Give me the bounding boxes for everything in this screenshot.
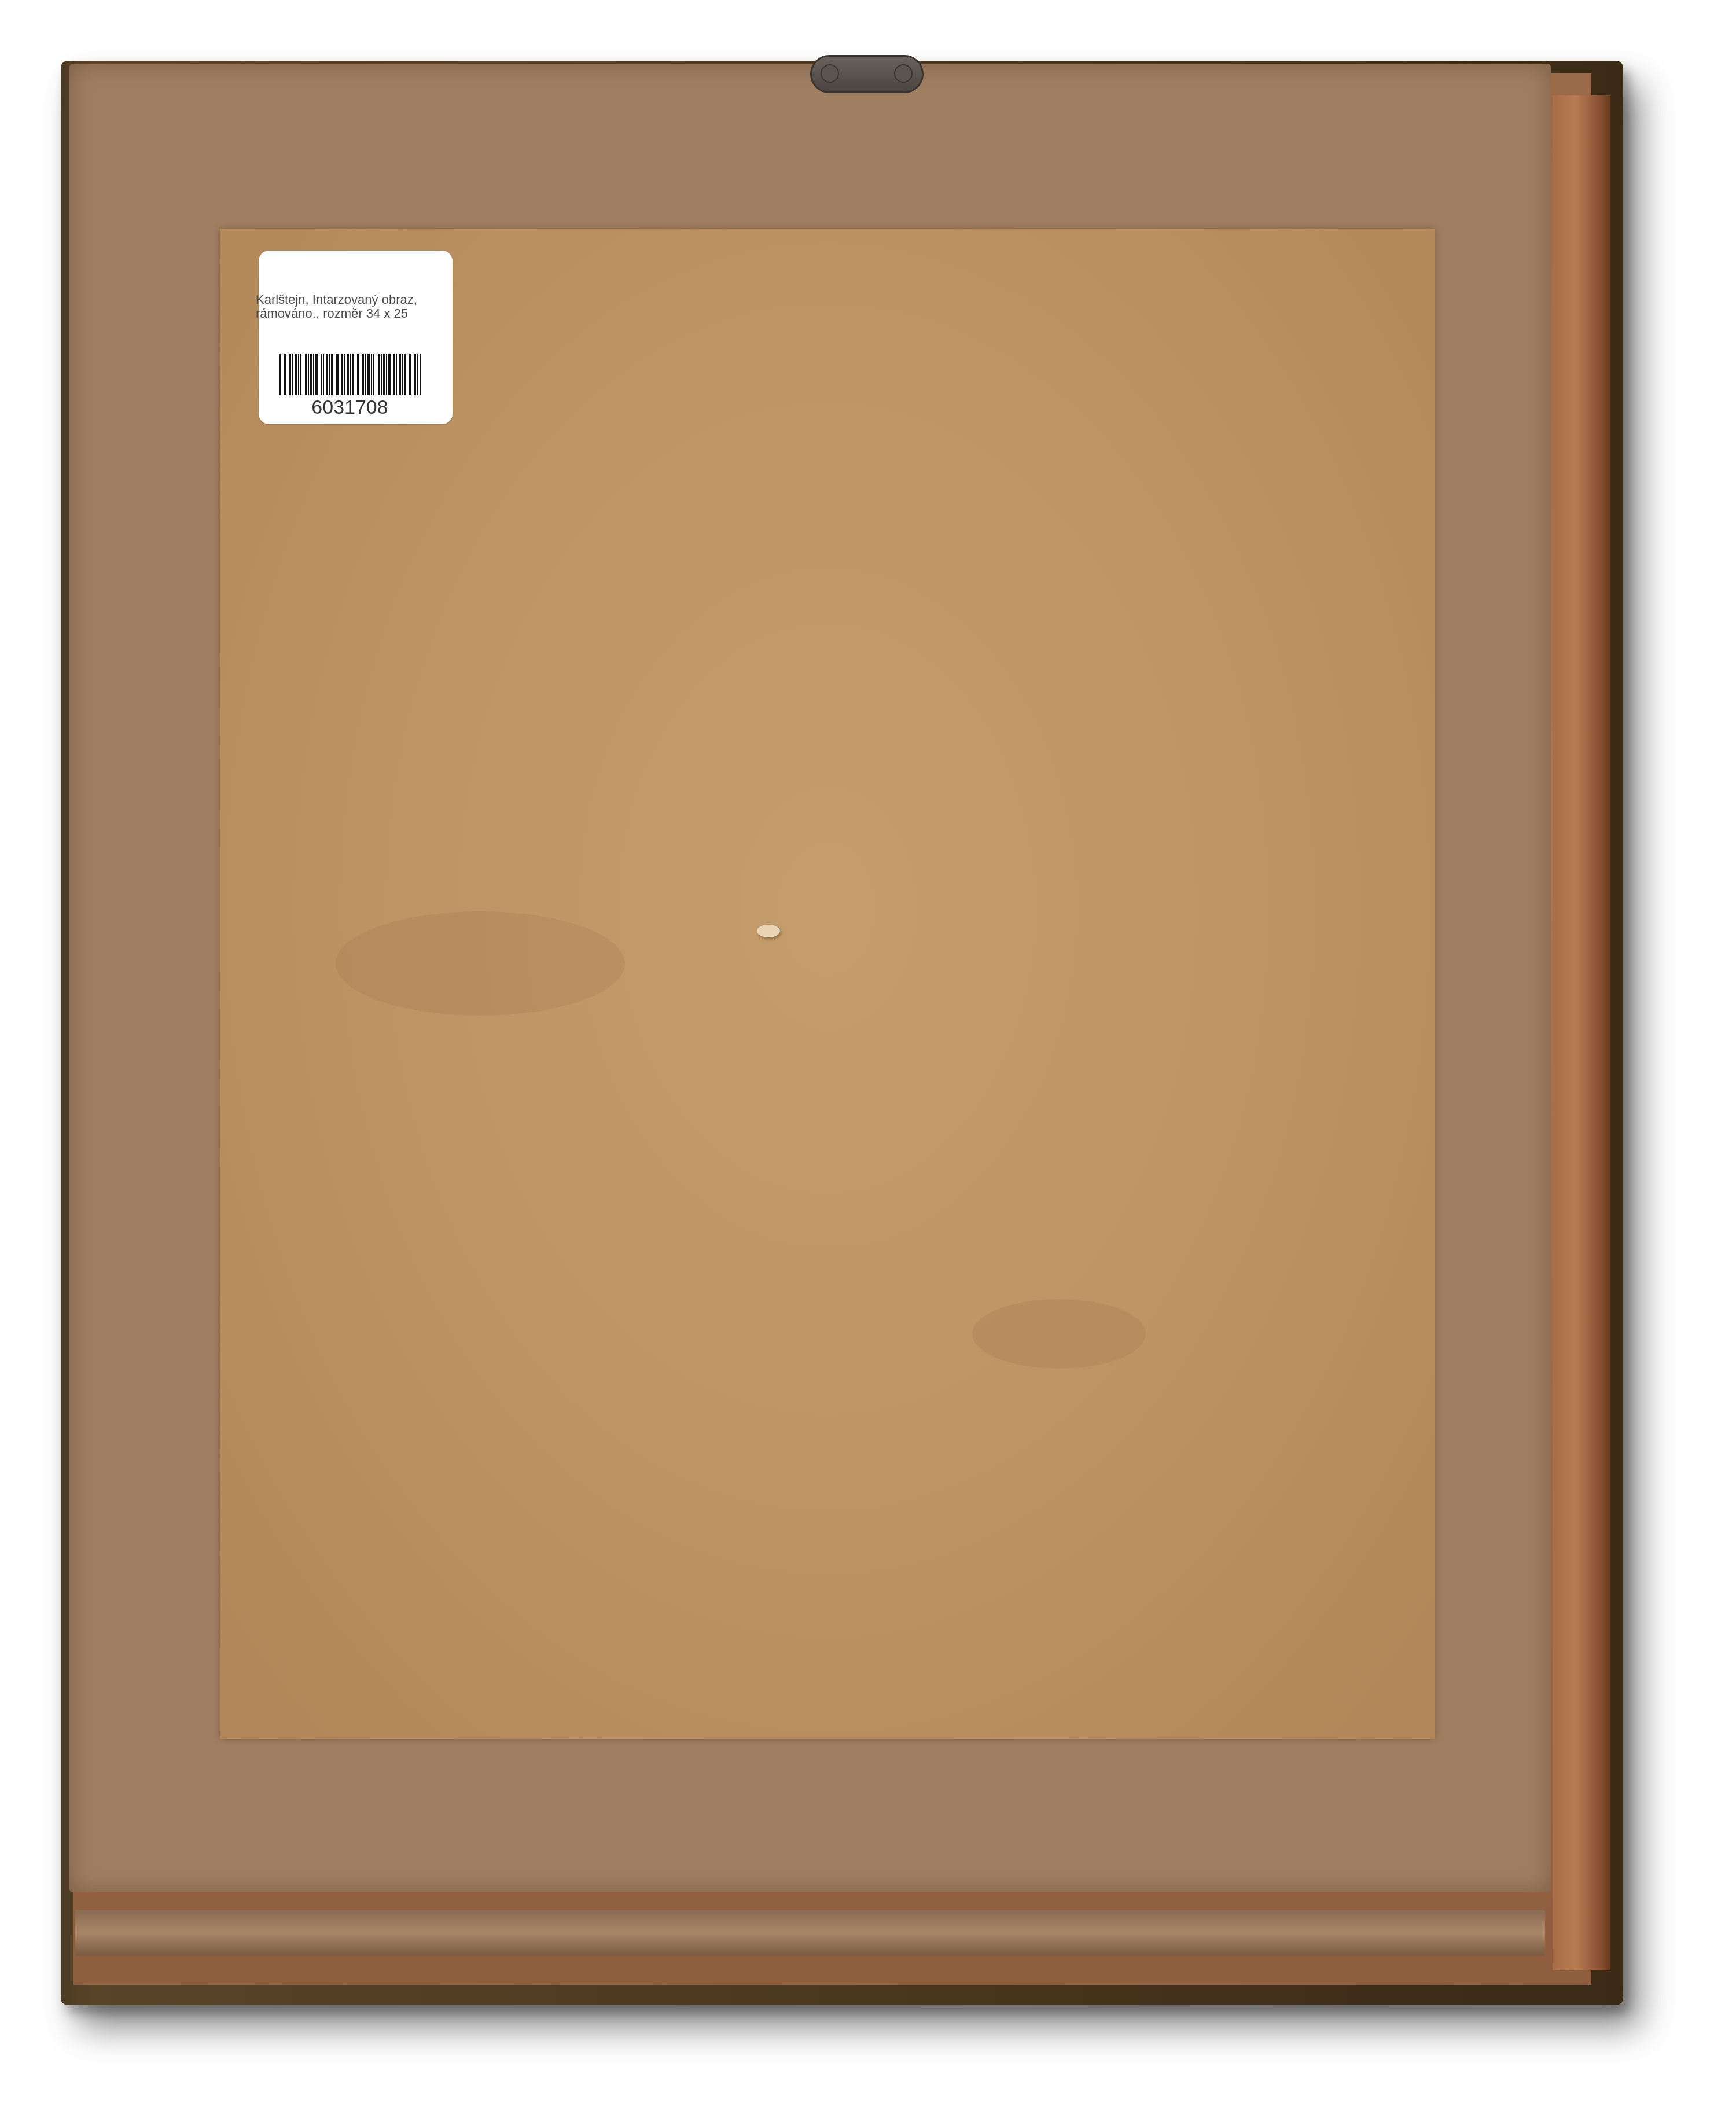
label-line-2: rámováno., rozměr 34 x 25	[256, 307, 447, 321]
barcode-number: 6031708	[253, 396, 447, 419]
rivet-icon	[821, 64, 839, 83]
catalog-label: Karlštejn, Intarzovaný obraz, rámováno.,…	[259, 251, 453, 424]
label-line-1: Karlštejn, Intarzovaný obraz,	[256, 293, 447, 307]
torn-paper-bottom	[75, 1910, 1545, 1956]
backing-board	[220, 229, 1435, 1739]
barcode-icon	[279, 354, 421, 395]
board-dent	[757, 925, 780, 937]
rivet-icon	[894, 64, 913, 83]
stain	[336, 911, 625, 1016]
frame-wood-right-edge	[1553, 95, 1610, 1970]
label-description: Karlštejn, Intarzovaný obraz, rámováno.,…	[256, 293, 447, 321]
stain	[972, 1299, 1146, 1369]
